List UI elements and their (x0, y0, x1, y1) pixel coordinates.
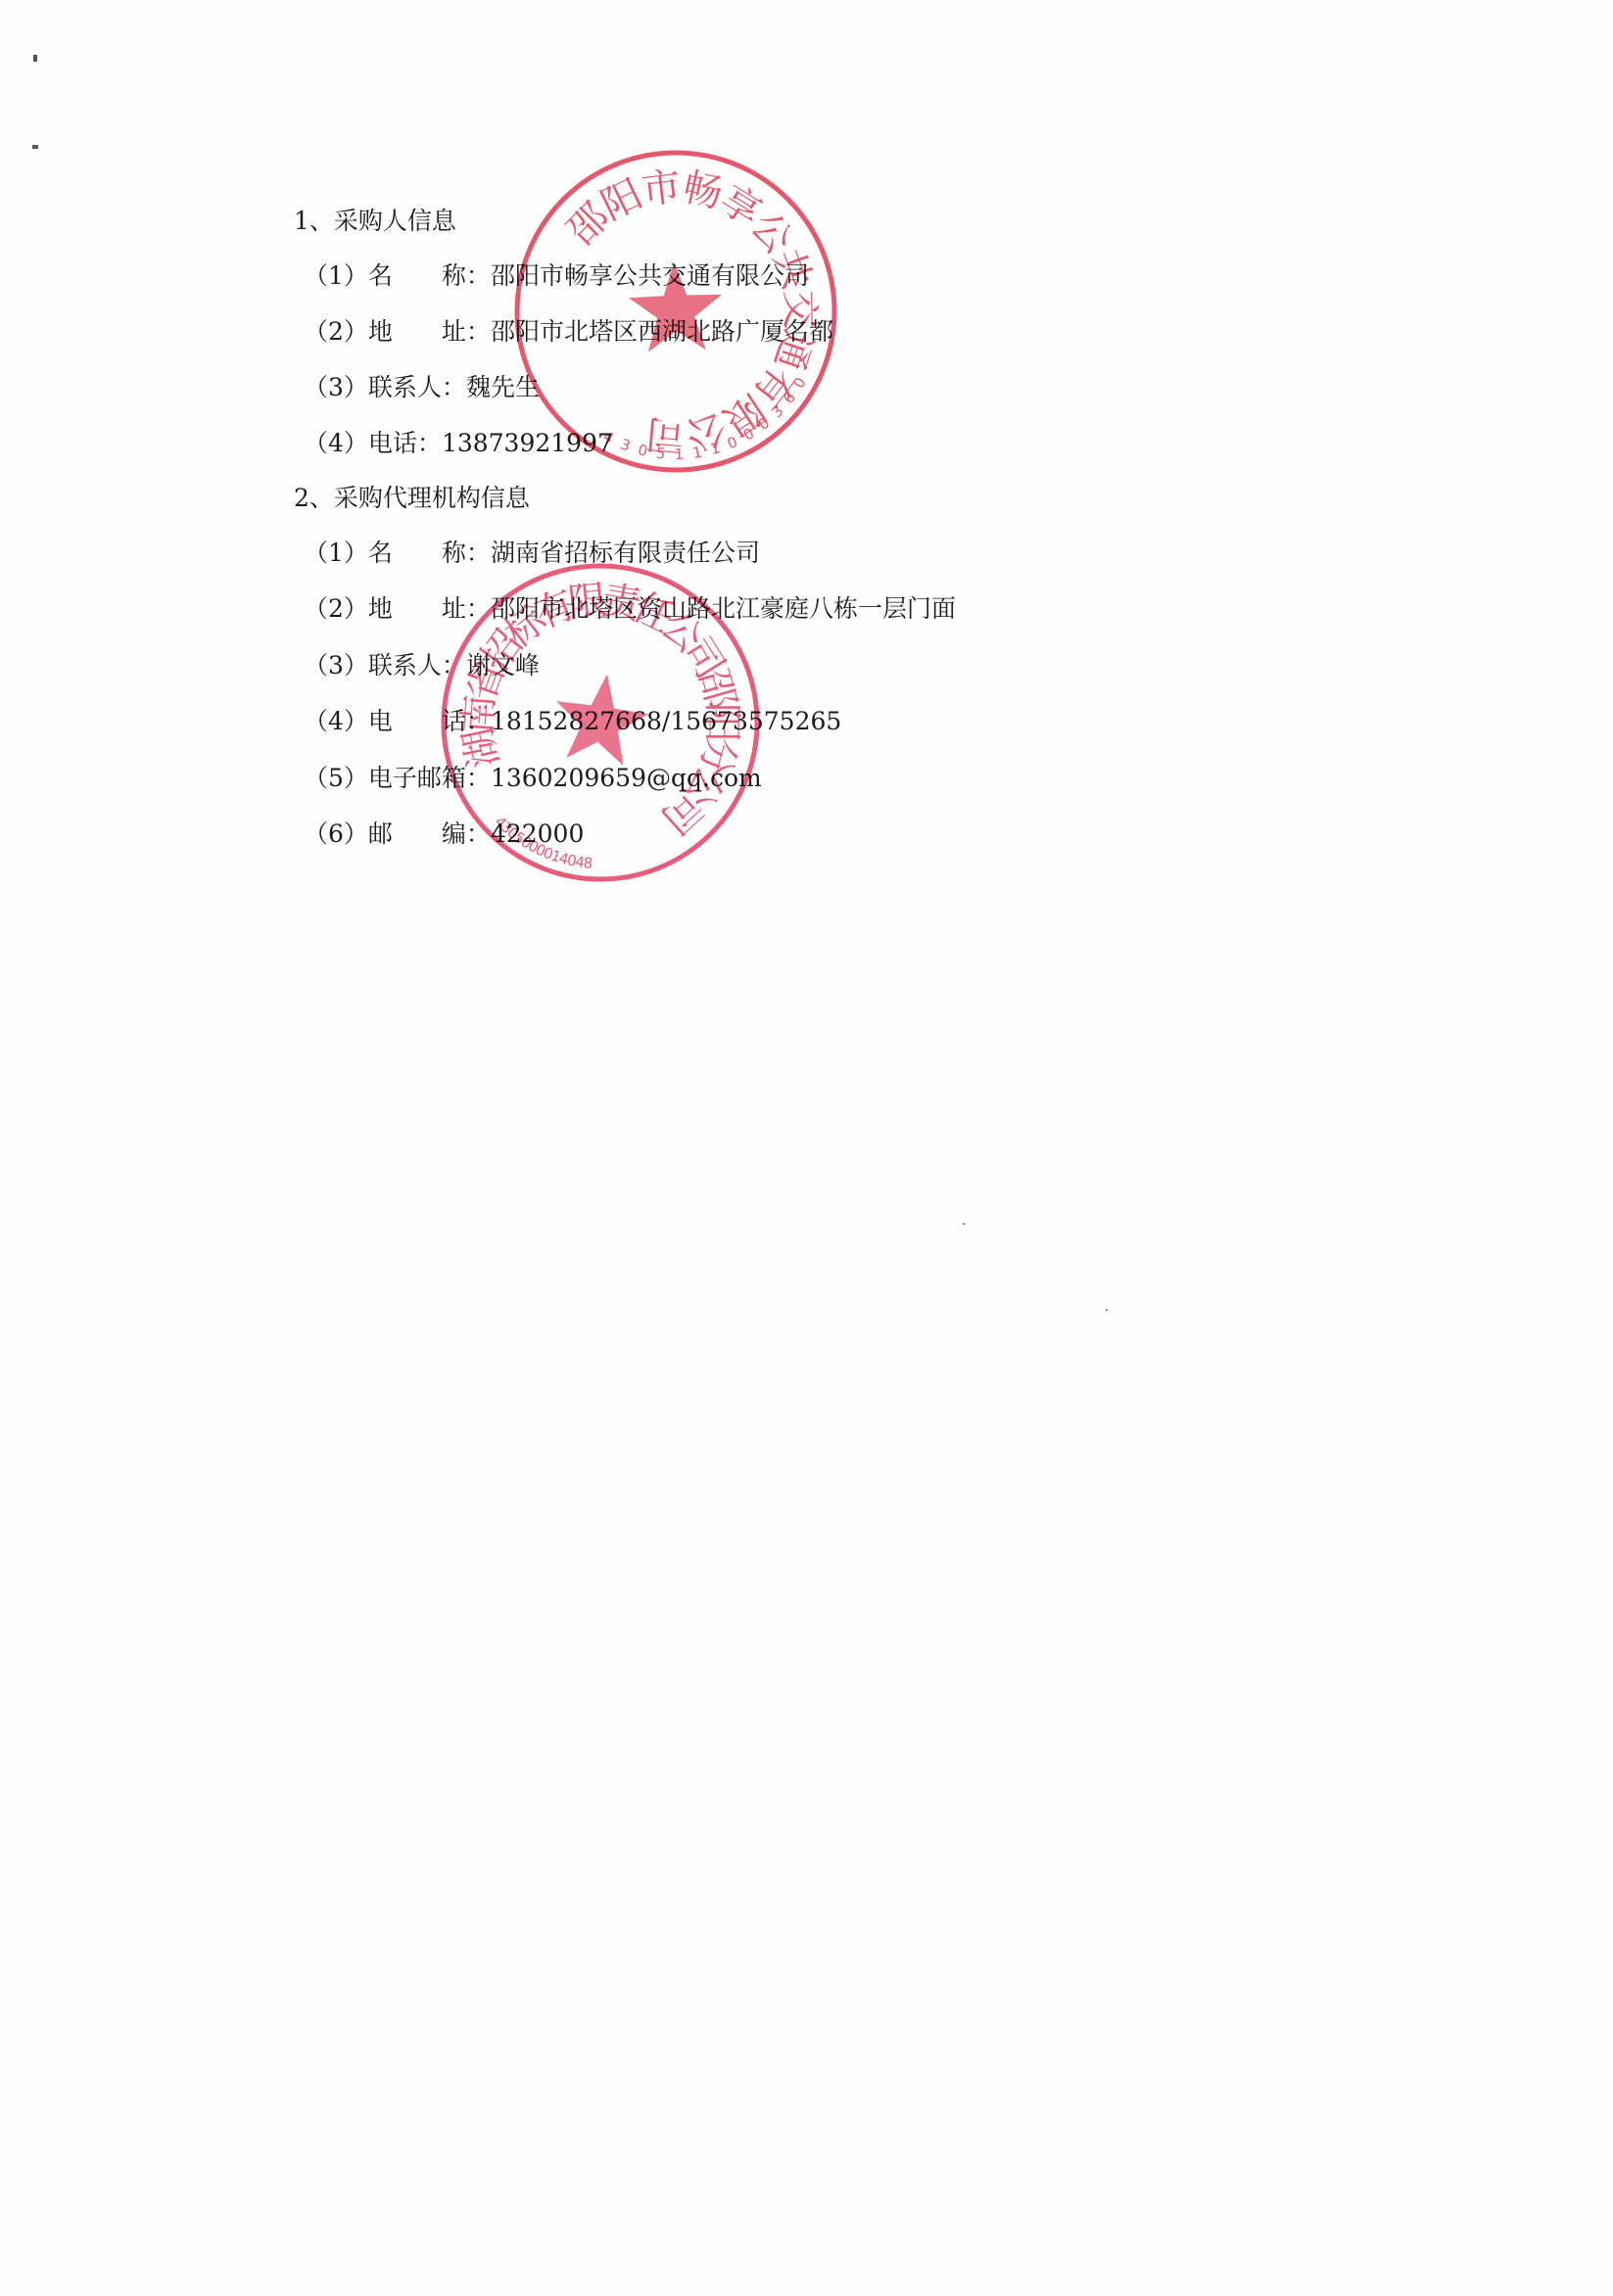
item-number: （6） (304, 819, 368, 850)
agency-phone-row: （4）电 话：18152827668/15673575265 (304, 706, 841, 737)
item-colon: ： (466, 316, 491, 348)
item-colon: ： (466, 593, 491, 625)
item-number: （2） (304, 316, 368, 348)
item-colon: ： (466, 706, 491, 737)
item-number: （3） (304, 372, 368, 403)
purchaser-phone-row: （4）电话：13873921997 (304, 428, 613, 459)
agency-contact-value: 谢文峰 (466, 650, 540, 681)
item-label: 邮 编 (368, 819, 466, 850)
item-label: 联系人 (368, 650, 442, 681)
agency-address-row: （2）地 址：邵阳市北塔区资山路北江豪庭八栋一层门面 (304, 593, 956, 625)
purchaser-address-row: （2）地 址：邵阳市北塔区西湖北路广厦名都 (304, 316, 833, 348)
section-heading-agency: 2、采购代理机构信息 (294, 483, 530, 514)
purchaser-address-value: 邵阳市北塔区西湖北路广厦名都 (491, 316, 833, 348)
item-label: 地 址 (368, 593, 466, 625)
agency-email-row: （5）电子邮箱：1360209659@qq.com (304, 763, 762, 794)
item-number: （4） (304, 706, 368, 737)
purchaser-phone-value: 13873921997 (442, 428, 613, 459)
purchaser-contact-row: （3）联系人：魏先生 (304, 372, 540, 403)
item-colon: ： (442, 650, 466, 681)
item-label: 电 话 (368, 706, 466, 737)
agency-postcode-row: （6）邮 编：422000 (304, 819, 584, 850)
item-number: （2） (304, 593, 368, 625)
item-number: （4） (304, 428, 368, 459)
item-label: 名 称 (368, 260, 466, 292)
item-colon: ： (417, 428, 442, 459)
item-colon: ： (466, 538, 491, 569)
item-label: 名 称 (368, 538, 466, 569)
agency-email-value: 1360209659@qq.com (491, 763, 762, 794)
item-colon: ： (466, 763, 491, 794)
purchaser-name-value: 邵阳市畅享公共交通有限公司 (491, 260, 809, 292)
agency-phone-value: 18152827668/15673575265 (491, 706, 841, 737)
document-body: 1、采购人信息 （1）名 称：邵阳市畅享公共交通有限公司 （2）地 址：邵阳市北… (0, 0, 1613, 2296)
agency-name-value: 湖南省招标有限责任公司 (491, 538, 760, 569)
item-label: 地 址 (368, 316, 466, 348)
item-number: （1） (304, 538, 368, 569)
purchaser-contact-value: 魏先生 (466, 372, 540, 403)
item-number: （5） (304, 763, 368, 794)
document-page: 1、采购人信息 （1）名 称：邵阳市畅享公共交通有限公司 （2）地 址：邵阳市北… (0, 0, 1613, 2296)
agency-contact-row: （3）联系人：谢文峰 (304, 650, 540, 681)
agency-address-value: 邵阳市北塔区资山路北江豪庭八栋一层门面 (491, 593, 956, 625)
section-heading-purchaser: 1、采购人信息 (294, 206, 456, 237)
agency-postcode-value: 422000 (491, 819, 584, 850)
item-label: 联系人 (368, 372, 442, 403)
item-label: 电子邮箱 (368, 763, 466, 794)
item-colon: ： (466, 819, 491, 850)
agency-name-row: （1）名 称：湖南省招标有限责任公司 (304, 538, 760, 569)
item-label: 电话 (368, 428, 417, 459)
purchaser-name-row: （1）名 称：邵阳市畅享公共交通有限公司 (304, 260, 809, 292)
item-number: （3） (304, 650, 368, 681)
item-colon: ： (442, 372, 466, 403)
item-number: （1） (304, 260, 368, 292)
item-colon: ： (466, 260, 491, 292)
